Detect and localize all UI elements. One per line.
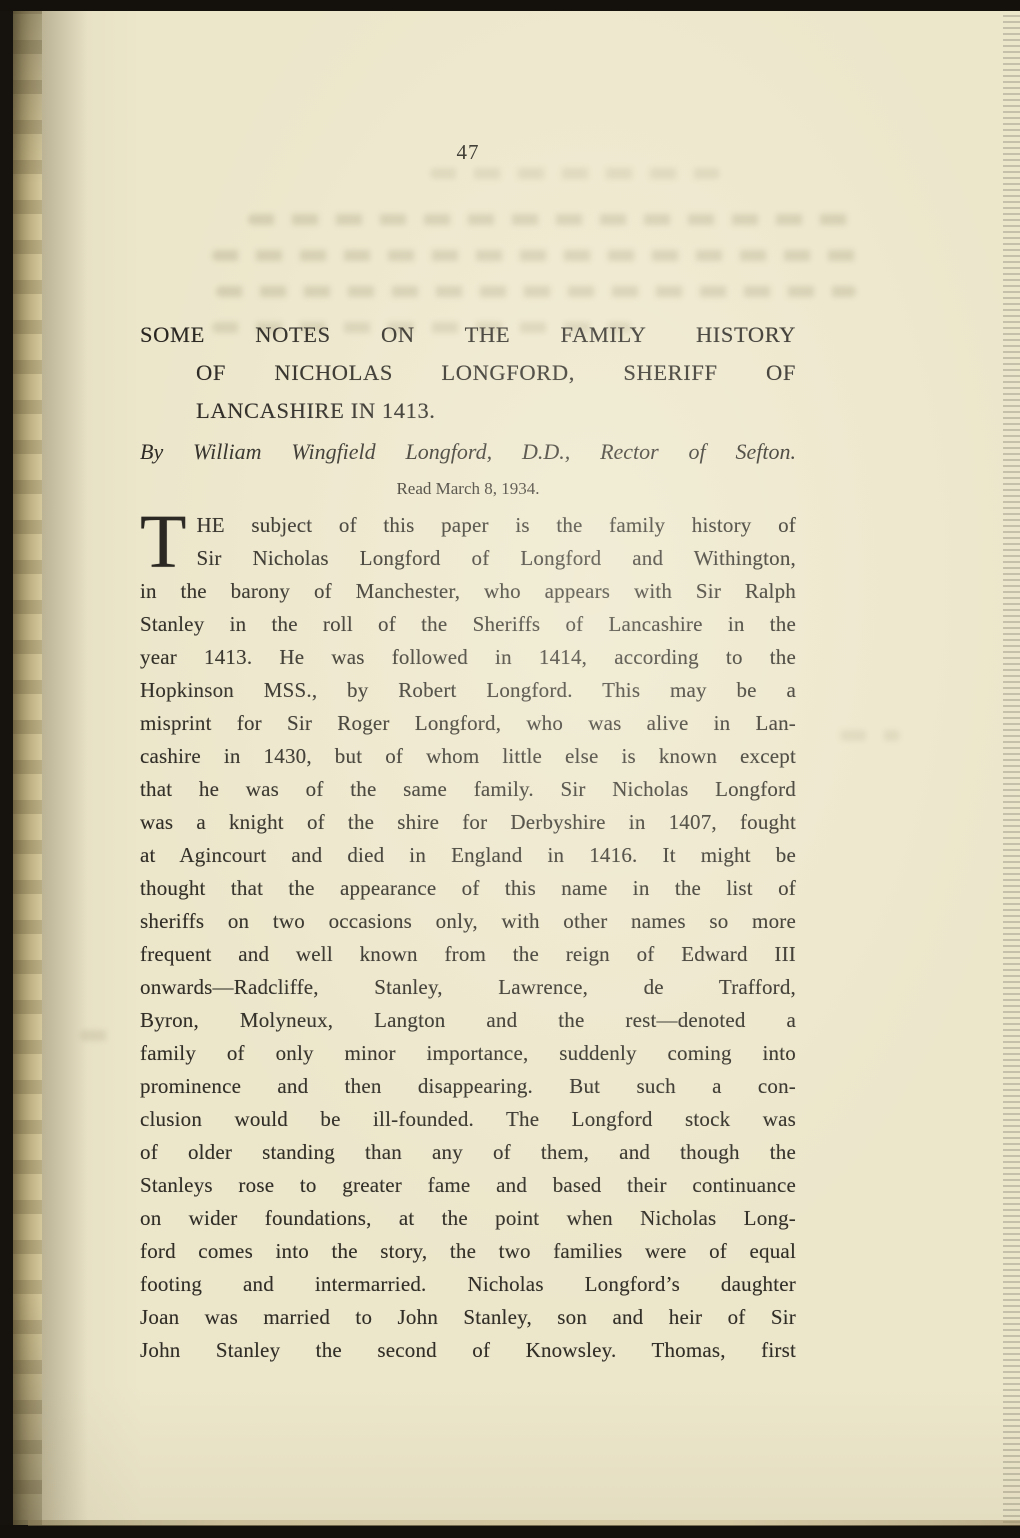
body-text-line: prominence and then disappearing. But su… xyxy=(140,1070,796,1103)
body-text-line: HE subject of this paper is the family h… xyxy=(140,509,796,542)
gutter-shadow xyxy=(42,0,88,1538)
body-text-line: on wider foundations, at the point when … xyxy=(140,1202,796,1235)
author-byline: By William Wingfield Longford, D.D., Rec… xyxy=(140,438,796,466)
body-text-line: frequent and well known from the reign o… xyxy=(140,938,796,971)
book-gutter-edge xyxy=(13,0,42,1538)
body-text-line: thought that the appearance of this name… xyxy=(140,872,796,905)
body-text-line: Sir Nicholas Longford of Longford and Wi… xyxy=(140,542,796,575)
body-text-line: ford comes into the story, the two famil… xyxy=(140,1235,796,1268)
show-through-artifact xyxy=(216,286,856,297)
body-text-line: Stanleys rose to greater fame and based … xyxy=(140,1169,796,1202)
scan-border-top xyxy=(0,0,1020,11)
body-text-line: Byron, Molyneux, Langton and the rest—de… xyxy=(140,1004,796,1037)
body-text-line: Stanley in the roll of the Sheriffs of L… xyxy=(140,608,796,641)
body-text-line: misprint for Sir Roger Longford, who was… xyxy=(140,707,796,740)
show-through-artifact xyxy=(840,730,900,741)
book-binding-shadow xyxy=(0,0,13,1538)
body-text-line: footing and intermarried. Nicholas Longf… xyxy=(140,1268,796,1301)
body-text-line: year 1413. He was followed in 1414, acco… xyxy=(140,641,796,674)
body-lines: HE subject of this paper is the family h… xyxy=(140,509,796,1367)
body-text-line: in the barony of Manchester, who appears… xyxy=(140,575,796,608)
show-through-artifact xyxy=(248,214,860,225)
body-text-line: family of only minor importance, suddenl… xyxy=(140,1037,796,1070)
scan-border-bottom xyxy=(0,1525,1020,1538)
body-text-line: onwards—Radcliffe, Stanley, Lawrence, de… xyxy=(140,971,796,1004)
article-body: T HE subject of this paper is the family… xyxy=(140,509,796,1367)
show-through-artifact xyxy=(430,168,720,179)
article-title-line: LANCASHIRE IN 1413. xyxy=(196,392,796,430)
book-page-scan: 47 SOME NOTES ON THE FAMILY HISTORYOF NI… xyxy=(0,0,1020,1538)
page-number: 47 xyxy=(140,140,796,165)
body-text-line: cashire in 1430, but of whom little else… xyxy=(140,740,796,773)
show-through-artifact xyxy=(212,250,860,261)
body-text-line: John Stanley the second of Knowsley. Tho… xyxy=(140,1334,796,1367)
body-text-line: sheriffs on two occasions only, with oth… xyxy=(140,905,796,938)
page-stack-edge xyxy=(1003,9,1020,1531)
article-title-line: OF NICHOLAS LONGFORD, SHERIFF OF xyxy=(196,354,796,392)
body-text-line: at Agincourt and died in England in 1416… xyxy=(140,839,796,872)
read-date-line: Read March 8, 1934. xyxy=(140,479,796,499)
body-text-line: that he was of the same family. Sir Nich… xyxy=(140,773,796,806)
body-text-line: Joan was married to John Stanley, son an… xyxy=(140,1301,796,1334)
article-title-line: SOME NOTES ON THE FAMILY HISTORY xyxy=(140,316,796,354)
body-text-line: Hopkinson MSS., by Robert Longford. This… xyxy=(140,674,796,707)
body-text-line: clusion would be ill-founded. The Longfo… xyxy=(140,1103,796,1136)
drop-cap: T xyxy=(140,509,196,575)
article-title: SOME NOTES ON THE FAMILY HISTORYOF NICHO… xyxy=(140,316,796,430)
body-text-line: of older standing than any of them, and … xyxy=(140,1136,796,1169)
body-text-line: was a knight of the shire for Derbyshire… xyxy=(140,806,796,839)
